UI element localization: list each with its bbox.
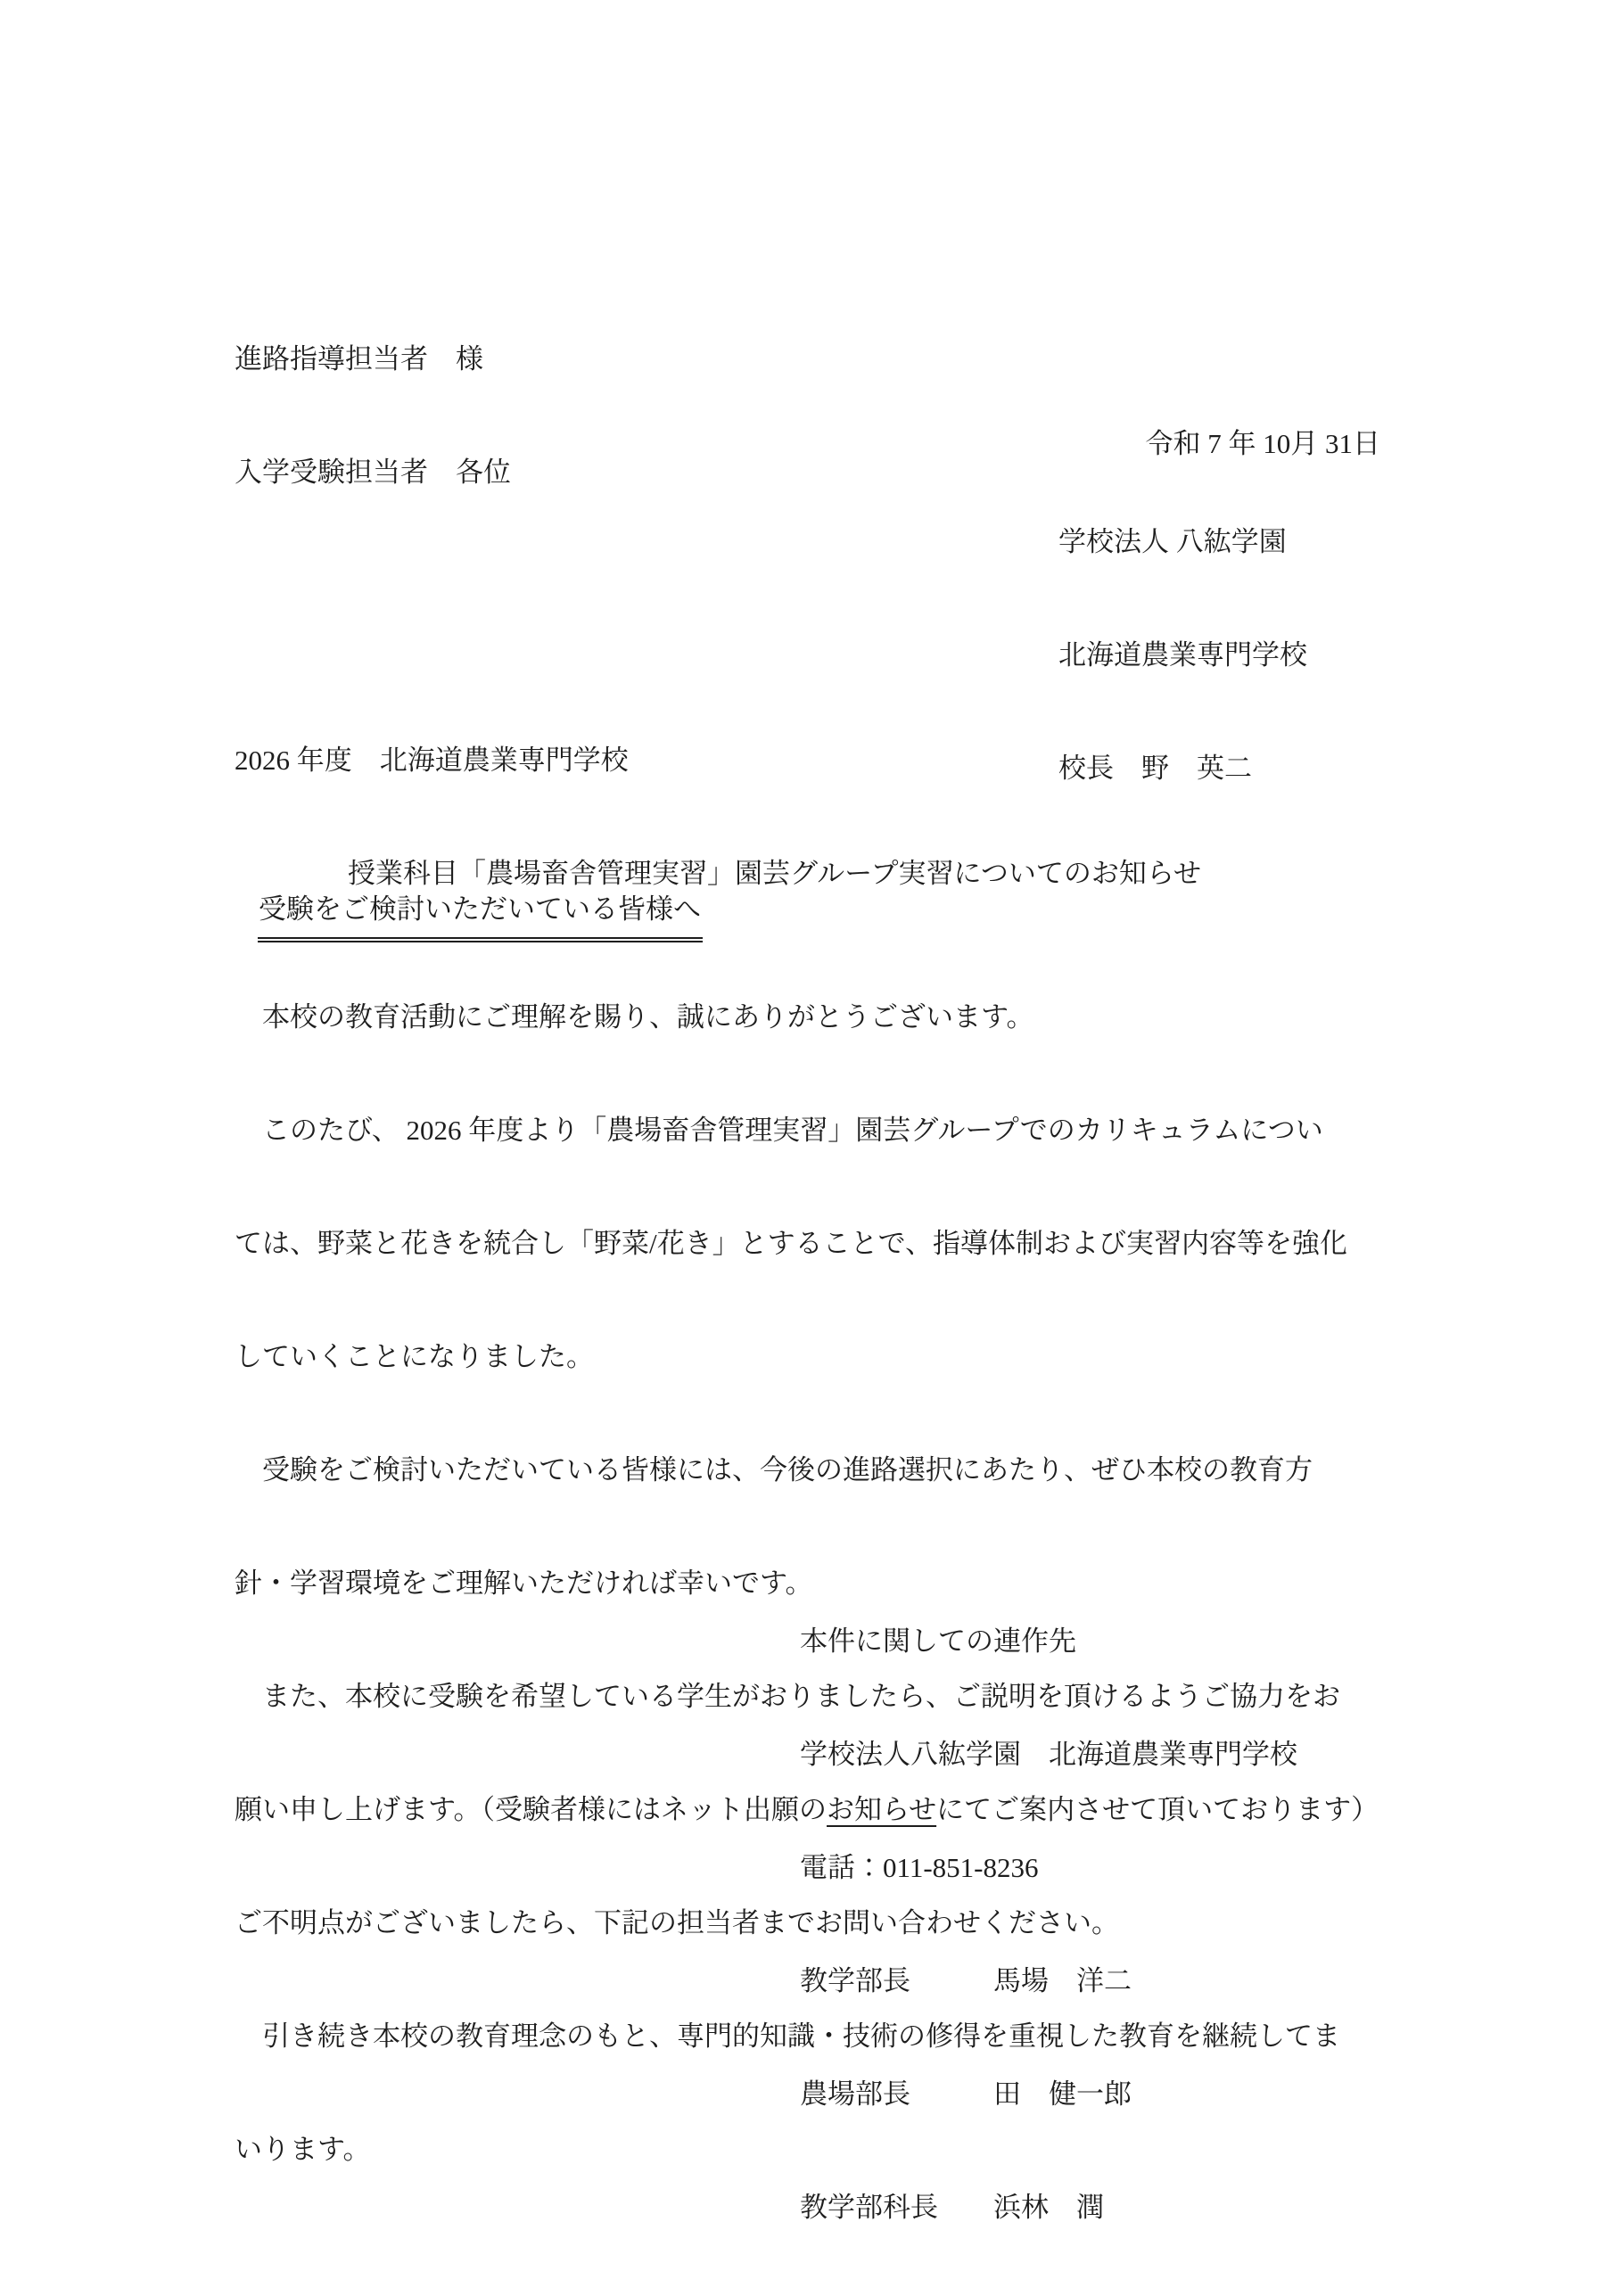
contact-staff-3: 教学部科長 浜林 潤 (800, 2183, 1297, 2232)
contact-phone: 電話：011-851-8236 (800, 1843, 1297, 1892)
body-line-1: 本校の教育活動にご理解を賜り、誠にありがとうございます。 (235, 992, 1420, 1041)
sender-corporation: 学校法人 八紘学園 (1058, 517, 1307, 566)
contact-staff-2: 農場部長 田 健一郎 (800, 2070, 1297, 2119)
contact-block: 本件に関しての連作先 学校法人八紘学園 北海道農業専門学校 電話：011-851… (800, 1552, 1297, 2296)
body-line-2: このたび、 2026 年度より「農場畜舎管理実習」園芸グループでのカリキュラムに… (235, 1106, 1420, 1155)
contact-staff-1: 教学部長 馬場 洋二 (800, 1956, 1297, 2005)
contact-heading: 本件に関しての連作先 (800, 1617, 1297, 1666)
body-line-5: 受験をご検討いただいている皆様には、今後の進路選択にあたり、ぜひ本校の教育方 (235, 1445, 1420, 1494)
doc-title: 2026 年度 北海道農業専門学校 (235, 736, 1201, 785)
letter-page: 進路指導担当者 様 入学受験担当者 各位 令和 7 年 10月 31日 学校法人… (0, 0, 1614, 2283)
contact-organization: 学校法人八紘学園 北海道農業専門学校 (800, 1730, 1297, 1779)
body-line-8-pre: 願い申し上げます。（受験者様にはネット出願の (235, 1794, 827, 1825)
body-line-4: していくことになりました。 (235, 1332, 1420, 1381)
body-line-3: ては、野菜と花きを統合し「野菜/花き」とすることで、指導体制および実習内容等を強… (235, 1219, 1420, 1268)
